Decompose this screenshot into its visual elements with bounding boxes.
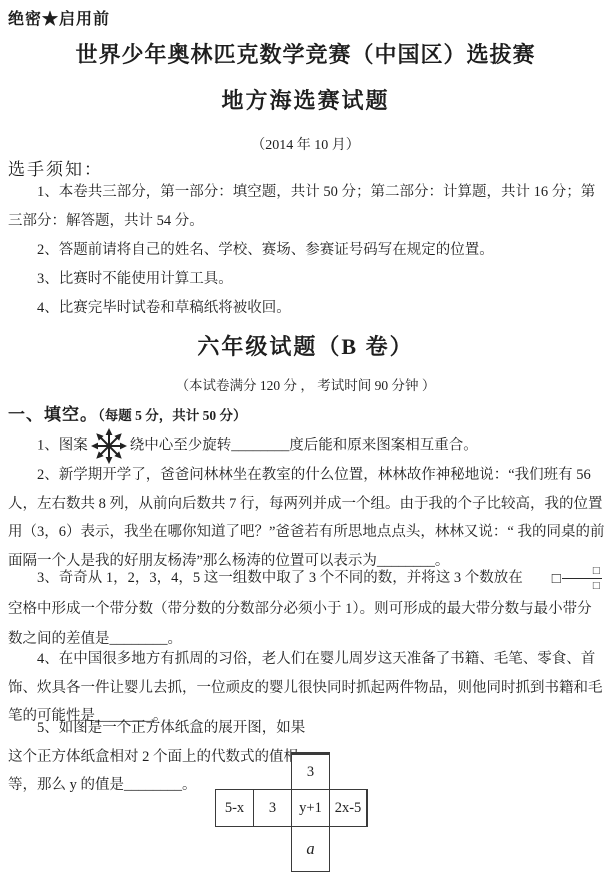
grade-title: 六年级试题（B 卷） (0, 330, 611, 361)
notice-item-2: 2、答题前请将自己的姓名、学校、赛场、参赛证号码写在规定的位置。 (8, 236, 605, 265)
question-1-text: 1、图案 绕中心至少旋转________度后能和原来图案相互重合。 (8, 428, 605, 464)
exam-title-line1: 世界少年奥林匹克数学竞赛（中国区）选拔赛 (0, 38, 611, 69)
cube-net-cell-middle-1: 5-x (215, 789, 254, 827)
classification-label: 绝密★启用前 (8, 6, 110, 29)
notice-list: 1、本卷共三部分，第一部分：填空题，共计 50 分；第二部分：计算题，共计 16… (8, 178, 605, 323)
eight-ray-star-icon (91, 428, 127, 464)
section-heading: 一、填空。（每题 5 分，共计 50 分） (8, 400, 247, 425)
question-3: 3、奇奇从 1，2，3，4，5 这一组数中取了 3 个不同的数，并将这 3 个数… (8, 563, 605, 654)
exam-paper-page: 绝密★启用前 世界少年奥林匹克数学竞赛（中国区）选拔赛 地方海选赛试题 （201… (0, 0, 611, 888)
question-2-text: 2、新学期开学了，爸爸问林林坐在教室的什么位置，林林故作神秘地说：“我们班有 5… (8, 461, 605, 575)
whole-number-box: □ (523, 564, 561, 594)
denominator-box: □ (564, 579, 600, 592)
question-1-suffix: 绕中心至少旋转________度后能和原来图案相互重合。 (130, 437, 478, 453)
notice-item-4: 4、比赛完毕时试卷和草稿纸将被收回。 (8, 294, 605, 323)
section-heading-note: （每题 5 分，共计 50 分） (98, 408, 247, 423)
fraction-boxes: □□ (562, 565, 602, 592)
cube-net-diagram: 3 5-x 3 y+1 2x-5 a (215, 752, 371, 876)
cube-net-cell-bottom: a (291, 826, 330, 872)
notice-heading: 选手须知： (8, 155, 103, 180)
section-heading-title: 一、填空。 (8, 405, 98, 424)
cube-net-cell-middle-4: 2x-5 (329, 789, 368, 827)
cube-net-cell-middle-2: 3 (253, 789, 292, 827)
notice-item-1: 1、本卷共三部分，第一部分：填空题，共计 50 分；第二部分：计算题，共计 16… (8, 178, 605, 236)
question-3-text: 3、奇奇从 1，2，3，4，5 这一组数中取了 3 个不同的数，并将这 3 个数… (8, 563, 605, 654)
exam-title-line2: 地方海选赛试题 (0, 84, 611, 115)
question-1-prefix: 1、图案 (37, 437, 88, 453)
question-3-part2: 空格中形成一个带分数（带分数的分数部分必须小于 1）。则可形成的最大带分数与最小… (8, 601, 592, 647)
cube-net-cell-top: 3 (291, 752, 330, 790)
question-2: 2、新学期开学了，爸爸问林林坐在教室的什么位置，林林故作神秘地说：“我们班有 5… (8, 461, 605, 575)
cube-net-cell-middle-3: y+1 (291, 789, 330, 827)
question-1: 1、图案 绕中心至少旋转________度后能和原来图案相互重合。 (8, 428, 605, 464)
question-3-part1: 3、奇奇从 1，2，3，4，5 这一组数中取了 3 个不同的数，并将这 3 个数… (37, 570, 523, 586)
exam-meta: （本试卷满分 120 分 ， 考试时间 90 分钟 ） (0, 374, 611, 394)
numerator-box: □ (562, 565, 602, 579)
mixed-number-boxes: □□□ (523, 564, 602, 594)
notice-item-3: 3、比赛时不能使用计算工具。 (8, 265, 605, 294)
exam-date: （2014 年 10 月） (0, 134, 611, 154)
